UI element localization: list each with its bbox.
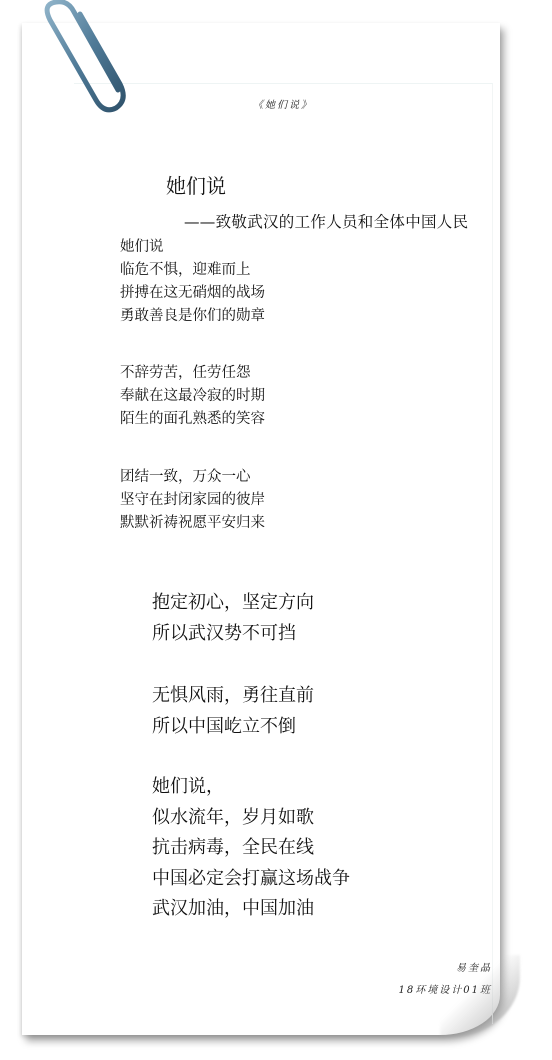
content-frame: 《她们说》 她们说 ——致敬武汉的工作人员和全体中国人民 她们说 临危不惧，迎难… bbox=[74, 83, 493, 1024]
poem-line: 抗击病毒，全民在线 bbox=[152, 833, 350, 864]
paper-sheet: 《她们说》 她们说 ——致敬武汉的工作人员和全体中国人民 她们说 临危不惧，迎难… bbox=[22, 23, 500, 1035]
poem-line: 坚守在封闭家园的彼岸 bbox=[120, 489, 265, 512]
poem-line: 武汉加油，中国加油 bbox=[152, 894, 350, 925]
poem-line: 她们说 bbox=[120, 236, 265, 259]
page-curl bbox=[440, 955, 520, 1037]
poem-title: 她们说 bbox=[166, 170, 226, 199]
poem-line: 中国必定会打赢这场战争 bbox=[152, 864, 350, 895]
poem-line: 无惧风雨，勇往直前 bbox=[152, 681, 314, 712]
stanza-3: 团结一致，万众一心 坚守在封闭家园的彼岸 默默祈祷祝愿平安归来 bbox=[120, 466, 265, 535]
poem-line: 似水流年，岁月如歌 bbox=[152, 803, 350, 834]
stanza-6: 她们说， 似水流年，岁月如歌 抗击病毒，全民在线 中国必定会打赢这场战争 武汉加… bbox=[152, 772, 350, 925]
stanza-4: 抱定初心，坚定方向 所以武汉势不可挡 bbox=[152, 588, 314, 649]
poem-line: 临危不惧，迎难而上 bbox=[120, 259, 265, 282]
stanza-1: 她们说 临危不惧，迎难而上 拼搏在这无硝烟的战场 勇敢善良是你们的勋章 bbox=[120, 236, 265, 328]
stanza-2: 不辞劳苦，任劳任怨 奉献在这最冷寂的时期 陌生的面孔熟悉的笑容 bbox=[120, 362, 265, 431]
poem-line: 不辞劳苦，任劳任怨 bbox=[120, 362, 265, 385]
poem-line: 她们说， bbox=[152, 772, 350, 803]
poem-line: 所以武汉势不可挡 bbox=[152, 619, 314, 650]
poem-line: 勇敢善良是你们的勋章 bbox=[120, 305, 265, 328]
poem-line: 所以中国屹立不倒 bbox=[152, 712, 314, 743]
stanza-5: 无惧风雨，勇往直前 所以中国屹立不倒 bbox=[152, 681, 314, 742]
poem-line: 默默祈祷祝愿平安归来 bbox=[120, 512, 265, 535]
paperclip-icon bbox=[28, 0, 148, 125]
poem-line: 奉献在这最冷寂的时期 bbox=[120, 385, 265, 408]
poem-line: 陌生的面孔熟悉的笑容 bbox=[120, 408, 265, 431]
poem-dedication: ——致敬武汉的工作人员和全体中国人民 bbox=[184, 210, 468, 232]
poem-line: 拼搏在这无硝烟的战场 bbox=[120, 282, 265, 305]
poem-line: 团结一致，万众一心 bbox=[120, 466, 265, 489]
poem-line: 抱定初心，坚定方向 bbox=[152, 588, 314, 619]
